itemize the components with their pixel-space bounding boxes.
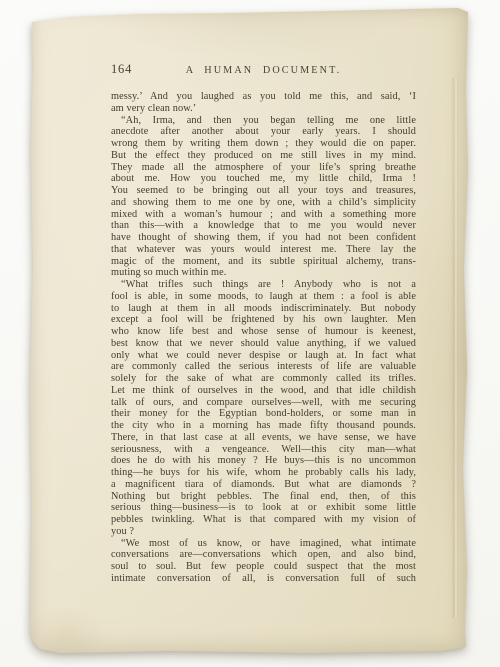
text-line: Nothing but bright pebbles. The final en… bbox=[111, 491, 416, 503]
text-line: seriousness, with a vengeance. Well—this… bbox=[111, 444, 416, 456]
text-line: “We most of us know, or have imagined, w… bbox=[111, 538, 416, 550]
text-line: They made all the atmosphere of your lif… bbox=[111, 162, 416, 174]
text-line: pebbles twinkling. What is that compared… bbox=[111, 514, 416, 526]
page-crease bbox=[451, 78, 459, 618]
text-line: you ? bbox=[111, 526, 416, 538]
text-line: soul to soul. But few people could suspe… bbox=[111, 561, 416, 573]
text-line: than this—with a knowledge that to me yo… bbox=[111, 220, 416, 232]
text-block: messy.’ And you laughed as you told me t… bbox=[111, 91, 416, 585]
text-line: have thought of showing them, if you had… bbox=[111, 232, 416, 244]
text-line: to laugh at them in all moods indiscrimi… bbox=[111, 303, 416, 315]
text-line: There, in that last case at all events, … bbox=[111, 432, 416, 444]
text-line: But the effect they produced on me still… bbox=[111, 150, 416, 162]
text-line: am very clean now.’ bbox=[111, 103, 416, 115]
text-line: that whatever was yours would interest m… bbox=[111, 244, 416, 256]
text-line: who know life best and whose sense of hu… bbox=[111, 326, 416, 338]
text-line: talk of ours, and compare ourselves—well… bbox=[111, 397, 416, 409]
text-line: intimate conversation of all, is convers… bbox=[111, 573, 416, 585]
text-line: “What trifles such things are ! Anybody … bbox=[111, 279, 416, 291]
text-line: conversations are—conversations which op… bbox=[111, 549, 416, 561]
text-line: You seemed to be bringing out all your t… bbox=[111, 185, 416, 197]
text-line: only what we could never despise or laug… bbox=[111, 350, 416, 362]
text-line: wrong them by writing them down ; they w… bbox=[111, 138, 416, 150]
text-line: Let me think of ourselves in the wood, a… bbox=[111, 385, 416, 397]
text-line: messy.’ And you laughed as you told me t… bbox=[111, 91, 416, 103]
text-line: anecdote after another about your early … bbox=[111, 126, 416, 138]
text-line: solely for the sake of what are commonly… bbox=[111, 373, 416, 385]
text-line: the city who in a morning has made fifty… bbox=[111, 420, 416, 432]
text-line: a magnificent tiara of diamonds. But wha… bbox=[111, 479, 416, 491]
page-surface: 164 A HUMAN DOCUMENT. messy.’ And you la… bbox=[30, 8, 468, 654]
text-line: does he do with his money ? He buys—this… bbox=[111, 455, 416, 467]
text-line: mixed with a woman’s humour ; and with a… bbox=[111, 209, 416, 221]
text-line: thing—he buys for his wife, whom he prob… bbox=[111, 467, 416, 479]
running-title: A HUMAN DOCUMENT. bbox=[111, 65, 416, 76]
text-line: magic of the moment, and its subtle spir… bbox=[111, 256, 416, 268]
text-line: except a fool will be frightened by his … bbox=[111, 314, 416, 326]
text-line: and showing them to me one by one, with … bbox=[111, 197, 416, 209]
photo-background: 164 A HUMAN DOCUMENT. messy.’ And you la… bbox=[0, 0, 500, 667]
text-line: are commonly called the serious interest… bbox=[111, 361, 416, 373]
text-line: muting so much within me. bbox=[111, 267, 416, 279]
text-line: serious thing—business—is to look at or … bbox=[111, 502, 416, 514]
text-line: about me. How you touched me, my little … bbox=[111, 173, 416, 185]
text-line: “Ah, Irma, and then you began telling me… bbox=[111, 115, 416, 127]
text-line: best know that we never should value any… bbox=[111, 338, 416, 350]
text-line: their money for the Egyptian bond-holder… bbox=[111, 408, 416, 420]
text-line: fool is able, in some moods, to laugh at… bbox=[111, 291, 416, 303]
book-page: 164 A HUMAN DOCUMENT. messy.’ And you la… bbox=[30, 8, 468, 654]
